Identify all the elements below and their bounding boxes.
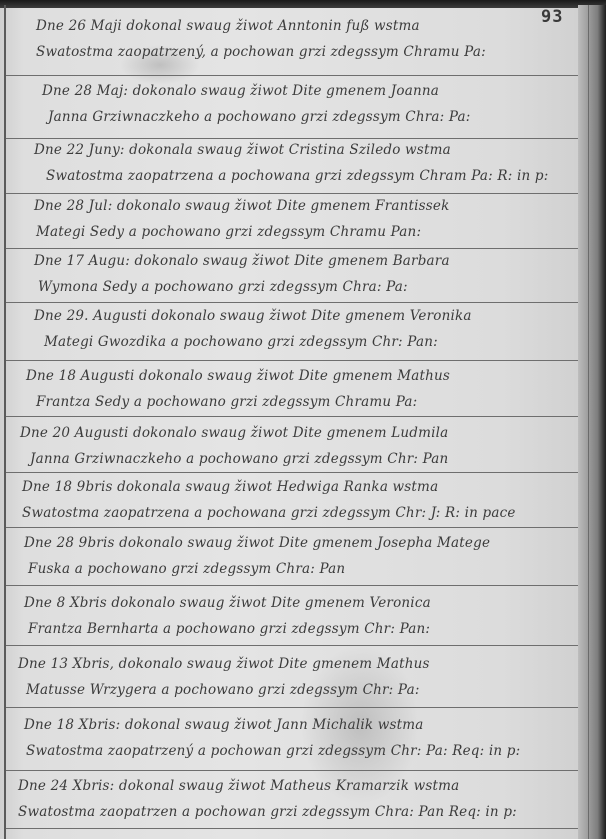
entry-line-2: Swatostma zaopatrzena a pochowana grzi z… (22, 505, 516, 521)
entry-line-1: Dne 13 Xbris, dokonalo swaug žiwot Dite … (18, 656, 430, 672)
ruled-line (6, 707, 578, 708)
register-page: Dne 26 Maji dokonal swaug žiwot Anntonin… (0, 5, 590, 839)
ruled-line (6, 75, 578, 76)
entry-line-1: Dne 28 9bris dokonalo swaug žiwot Dite g… (24, 535, 490, 551)
entry-line-2: Swatostma zaopatrzena a pochowana grzi z… (46, 168, 548, 184)
entry-line-2: Mategi Sedy a pochowano grzi zdegssym Ch… (36, 224, 421, 240)
entry-line-1: Dne 29. Augusti dokonalo swaug žiwot Dit… (34, 308, 472, 324)
entry-line-2: Janna Grziwnaczkeho a pochowano grzi zde… (30, 451, 448, 467)
left-margin-line (4, 5, 6, 839)
entry-line-2: Swatostma zaopatrzený, a pochowan grzi z… (36, 44, 486, 60)
ruled-line (6, 527, 578, 528)
entry-line-2: Mategi Gwozdika a pochowano grzi zdegssy… (44, 334, 438, 350)
ruled-line (6, 248, 578, 249)
entry-line-2: Janna Grziwnaczkeho a pochowano grzi zde… (48, 109, 471, 125)
entry-line-1: Dne 28 Jul: dokonalo swaug žiwot Dite gm… (34, 198, 449, 214)
ruled-line (6, 360, 578, 361)
entry-line-2: Matusse Wrzygera a pochowano grzi zdegss… (26, 682, 420, 698)
ruled-line (6, 472, 578, 473)
entry-line-1: Dne 18 Augusti dokonalo swaug žiwot Dite… (26, 368, 450, 384)
entry-line-1: Dne 28 Maj: dokonalo swaug žiwot Dite gm… (42, 83, 439, 99)
entry-line-1: Dne 22 Juny: dokonala swaug žiwot Cristi… (34, 142, 451, 158)
entry-line-1: Dne 18 Xbris: dokonal swaug žiwot Jann M… (24, 717, 424, 733)
entry-line-2: Swatostma zaopatrzený a pochowan grzi zd… (26, 743, 520, 759)
ruled-line (6, 138, 578, 139)
entry-line-1: Dne 18 9bris dokonala swaug žiwot Hedwig… (22, 479, 438, 495)
entry-line-1: Dne 17 Augu: dokonalo swaug žiwot Dite g… (34, 253, 450, 269)
ruled-line (6, 302, 578, 303)
spine-line (588, 5, 589, 839)
entry-line-2: Frantza Bernharta a pochowano grzi zdegs… (28, 621, 430, 637)
page-number: 93 (541, 7, 563, 27)
book-spine-edge (578, 5, 606, 839)
entry-line-2: Frantza Sedy a pochowano grzi zdegssym C… (36, 394, 417, 410)
ruled-line (6, 585, 578, 586)
entry-line-2: Wymona Sedy a pochowano grzi zdegssym Ch… (38, 279, 408, 295)
top-edge-shadow (0, 0, 606, 8)
entry-line-1: Dne 8 Xbris dokonalo swaug žiwot Dite gm… (24, 595, 431, 611)
entry-line-2: Swatostma zaopatrzen a pochowan grzi zde… (18, 804, 517, 820)
ruled-line (6, 645, 578, 646)
ruled-line (6, 416, 578, 417)
ruled-line (6, 193, 578, 194)
ruled-line (6, 770, 578, 771)
entry-line-1: Dne 24 Xbris: dokonal swaug žiwot Matheu… (18, 778, 459, 794)
entry-line-1: Dne 26 Maji dokonal swaug žiwot Anntonin… (36, 18, 420, 34)
entry-line-1: Dne 20 Augusti dokonalo swaug žiwot Dite… (20, 425, 448, 441)
entry-line-2: Fuska a pochowano grzi zdegssym Chra: Pa… (28, 561, 345, 577)
ruled-line (6, 828, 578, 829)
